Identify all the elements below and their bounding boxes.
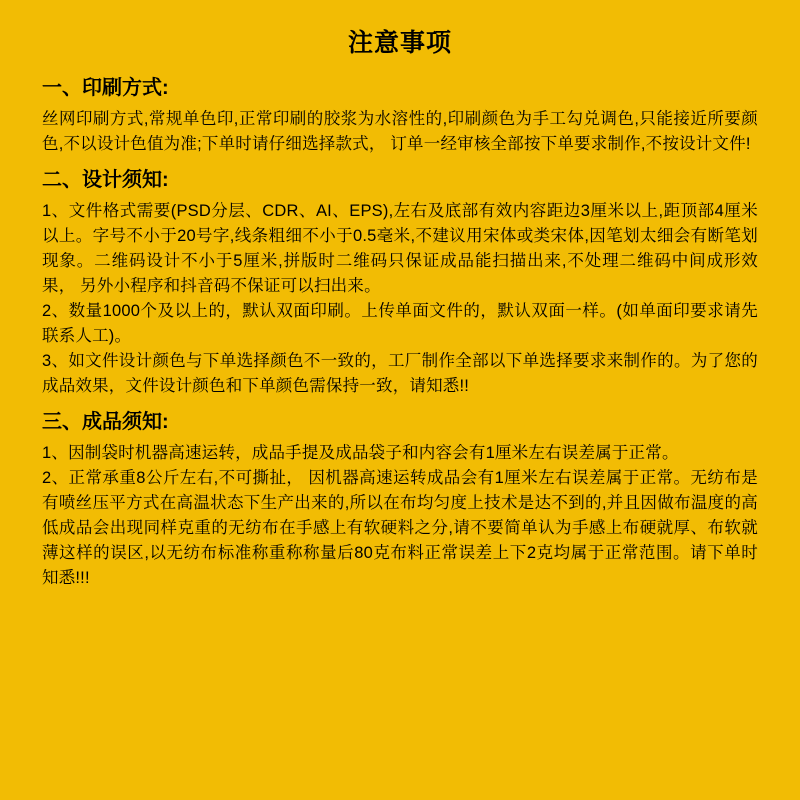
section-heading-design-notes: 二、设计须知: bbox=[42, 168, 758, 193]
section-heading-finished-product-notes: 三、成品须知: bbox=[42, 410, 758, 435]
printing-method-paragraph: 丝网印刷方式,常规单色印,正常印刷的胶浆为水溶性的,印刷颜色为手工勾兑调色,只能… bbox=[42, 107, 758, 157]
section-heading-printing-method: 一、印刷方式: bbox=[42, 76, 758, 101]
finished-product-note-item-2: 2、正常承重8公斤左右,不可撕扯， 因机器高速运转成品会有1厘米左右误差属于正常… bbox=[42, 466, 758, 591]
section-design-notes: 二、设计须知: 1、文件格式需要(PSD分层、CDR、AI、EPS),左右及底部… bbox=[42, 168, 758, 399]
design-note-item-2: 2、数量1000个及以上的，默认双面印刷。上传单面文件的，默认双面一样。(如单面… bbox=[42, 299, 758, 349]
section-finished-product-notes: 三、成品须知: 1、因制袋时机器高速运转，成品手提及成品袋子和内容会有1厘米左右… bbox=[42, 410, 758, 591]
section-printing-method: 一、印刷方式: 丝网印刷方式,常规单色印,正常印刷的胶浆为水溶性的,印刷颜色为手… bbox=[42, 76, 758, 157]
page-title: 注意事项 bbox=[42, 28, 758, 58]
design-note-item-3: 3、如文件设计颜色与下单选择颜色不一致的，工厂制作全部以下单选择要求来制作的。为… bbox=[42, 349, 758, 399]
notice-page: 注意事项 一、印刷方式: 丝网印刷方式,常规单色印,正常印刷的胶浆为水溶性的,印… bbox=[0, 0, 800, 800]
design-note-item-1: 1、文件格式需要(PSD分层、CDR、AI、EPS),左右及底部有效内容距边3厘… bbox=[42, 199, 758, 299]
finished-product-note-item-1: 1、因制袋时机器高速运转，成品手提及成品袋子和内容会有1厘米左右误差属于正常。 bbox=[42, 441, 758, 466]
